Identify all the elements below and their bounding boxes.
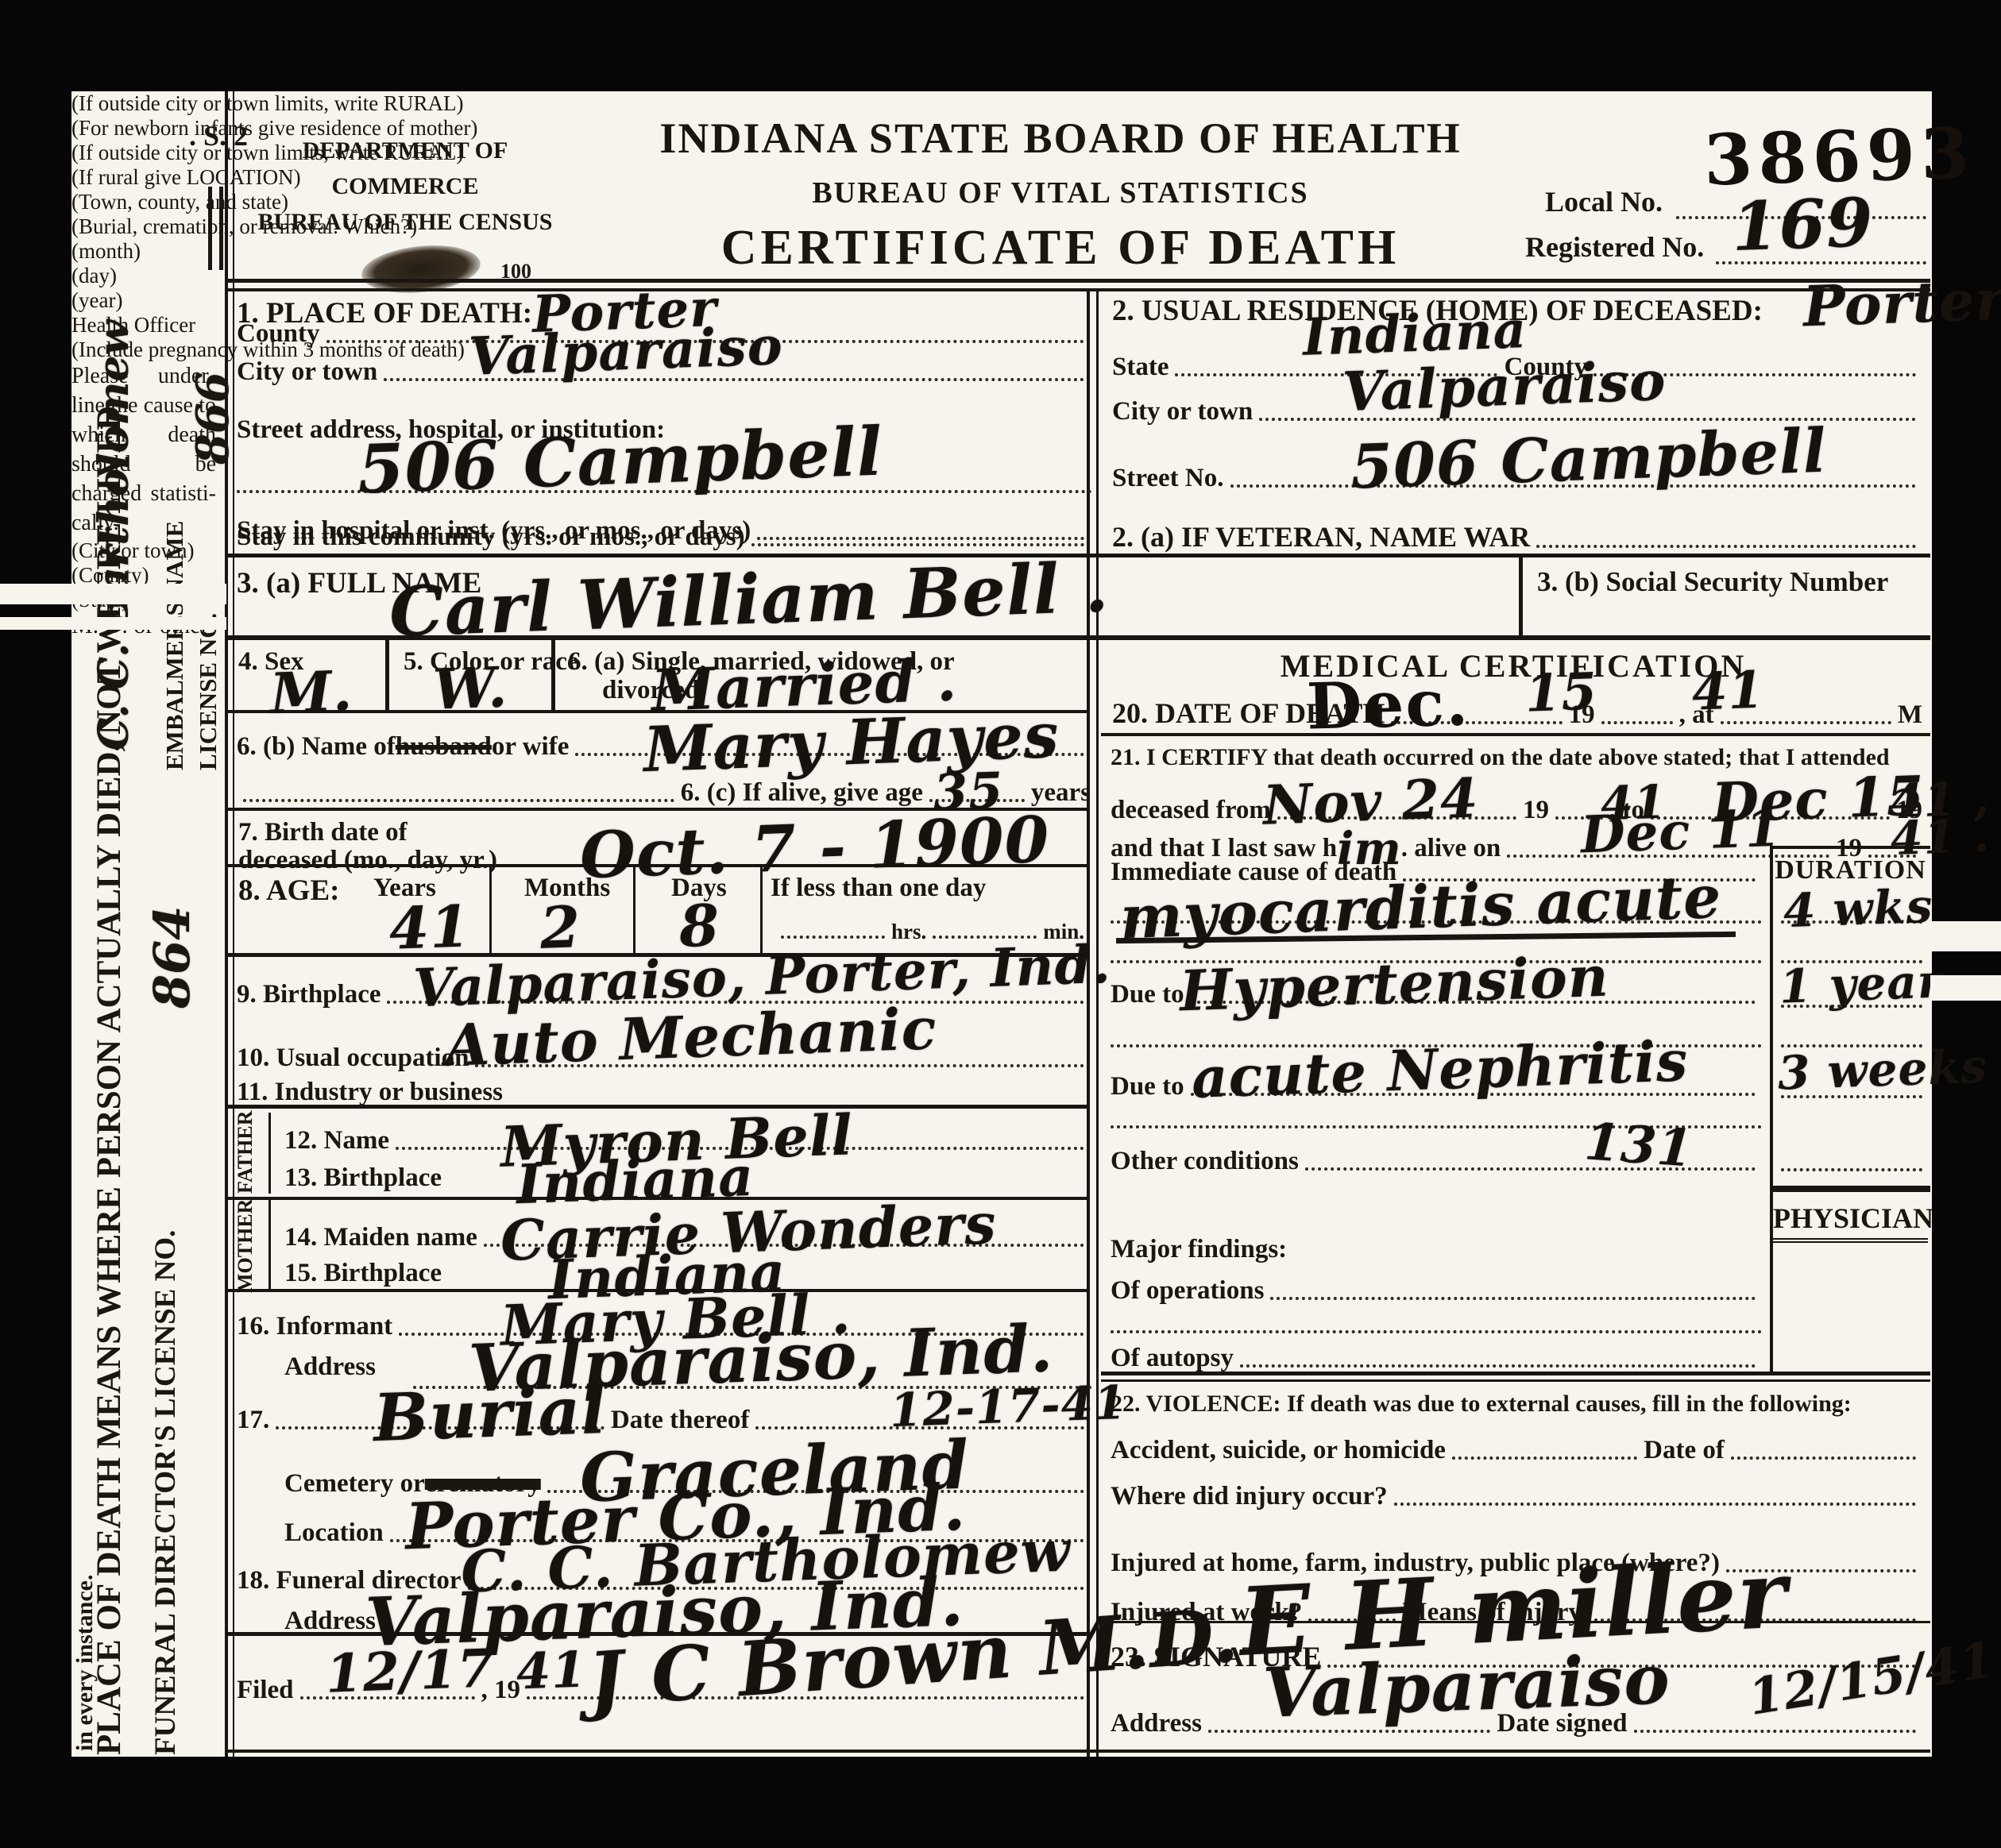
last-saw-year: 41 . [1890,808,1991,866]
duration-column-divider [1770,846,1773,1372]
age-years-value: 41 [388,892,472,963]
signature-address-label: Address [1111,1709,1202,1738]
registered-number-value: 169 [1730,183,1875,266]
father-bracket [268,1113,271,1194]
informant-address-label: Address [284,1352,376,1382]
violence-title: 22. VIOLENCE: If death was due to extern… [1111,1391,1852,1418]
mother-name-label: 14. Maiden name [284,1223,477,1252]
physician-title: PHYSICIAN [1773,1202,1928,1243]
dotted-line [1452,1455,1637,1460]
dod-month-value: Dec. [1306,665,1470,743]
sex-value: M. [269,658,354,727]
mother-bracket [268,1200,271,1289]
pod-stay-community-label: Stay in this community (yrs. or mos., or… [237,523,745,552]
header-rule [226,288,1930,291]
scan-stripe [1930,975,2001,1001]
dotted-line [243,797,674,802]
due-to-1-duration: 1 year [1779,954,1944,1013]
margin-funeral-license-value: 864 [148,850,197,1009]
dod-day-value: 15 [1524,662,1599,723]
res-veteran-row: 2. (a) IF VETERAN, NAME WAR [1112,519,1922,554]
medical-certification-title: MEDICAL CERTIFICATION [1104,647,1922,685]
res-veteran-label: 2. (a) IF VETERAN, NAME WAR [1112,520,1530,554]
section-rule [1101,1372,1930,1375]
form-left-border [225,91,228,1757]
signature-address-value: Valparaiso [1261,1639,1671,1734]
scan-mark [219,187,223,270]
due-to-1-label: Due to [1111,980,1184,1009]
father-name-label: 12. Name [284,1126,389,1155]
date-of-label: Date of [1644,1436,1725,1465]
dod-year-value: 41 [1691,660,1766,722]
dotted-line [1111,1329,1762,1333]
res-city-value: Valparaiso [1342,349,1667,424]
accident-label: Accident, suicide, or homicide [1111,1436,1446,1465]
physician-box-top [1770,1186,1930,1192]
margin-funeral-license-label: FUNERAL DIRECTOR'S LICENSE NO. [151,1017,180,1755]
due-to-1-value: Hypertension [1179,943,1610,1024]
ssn-cell-divider [1519,554,1523,635]
cell-divider [385,640,389,710]
dept-line1: DEPARTMENT OF COMMERCE [303,137,508,199]
operations-row: Of operations [1111,1271,1762,1306]
spouse-label-struck: husband [396,732,492,762]
autopsy-row: Of autopsy [1111,1338,1762,1373]
bureau-subtitle: BUREAU OF VITAL STATISTICS [620,176,1501,210]
pod-county-label: County [237,319,320,349]
due-to-2-label: Due to [1111,1072,1184,1101]
mother-birthplace-label: 15. Birthplace [284,1259,442,1288]
filed-date-value: 12/17 [325,1637,496,1704]
dod-m-label: M [1898,700,1922,730]
burial-location-label: Location [284,1518,384,1548]
cause-duration-value: 4 wks [1783,879,1934,939]
operations-label: Of operations [1111,1276,1264,1306]
res-street-label: Street No. [1112,464,1224,493]
due-to-2-duration: 3 weeks [1777,1039,1988,1100]
birthdate-label-line2: deceased (mo., day, yr.) [238,846,497,875]
dotted-line [1240,1363,1756,1368]
section-rule [1101,1379,1930,1382]
spouse-label-pre: 6. (b) Name of [237,732,396,762]
from-19: 19 [1523,796,1549,825]
date-of-death-row: 20. DATE OF DEATH19, atM [1112,695,1922,730]
certify-statement: 21. I CERTIFY that death occurred on the… [1111,744,1890,771]
bottom-rule [226,1750,1930,1753]
filed-year-value: 41 [516,1640,588,1700]
cell-divider [551,640,555,710]
pod-city-label: City or town [237,357,377,387]
res-county-value: Porter [1802,267,2001,340]
father-side-tab: FATHER [235,1114,256,1194]
header-rule [226,279,1930,283]
major-findings-label: Major findings: [1111,1235,1287,1264]
last-saw-value: Dec 11 [1580,799,1783,866]
burial-num: 17. [237,1406,269,1435]
form-code: . S. 2 [189,119,248,152]
pod-stay-community: Stay in this community (yrs. or mos., or… [237,517,1091,552]
dotted-line [1781,1167,1922,1171]
filed-label: Filed [237,1676,294,1705]
dotted-line [751,542,1084,546]
scan-mark [208,187,212,270]
dotted-line [781,934,885,939]
informant-label: 16. Informant [237,1312,392,1341]
pod-city-value: Valparaiso [468,314,784,388]
scan-stripe [1930,921,2001,951]
dept-line2: BUREAU OF THE CENSUS [258,209,553,235]
res-state-label: State [1112,353,1169,382]
burial-date-label: Date thereof [611,1406,749,1435]
dotted-line [1270,1295,1756,1300]
registered-number-label: Registered No. [1525,230,1704,264]
burial-type-value: Burial [372,1372,608,1456]
department-heading: DEPARTMENT OF COMMERCE BUREAU OF THE CEN… [242,133,568,240]
dotted-line [1536,543,1916,548]
attended-from-label: deceased from [1111,796,1271,825]
cell-divider [489,866,492,953]
certificate-title: CERTIFICATE OF DEATH [620,220,1501,276]
certificate-paper: in every instance. PLACE OF DEATH MEANS … [71,91,1932,1757]
form-left-border-inner [233,91,234,1757]
res-city-label: City or town [1112,397,1253,426]
dotted-line [1394,1501,1916,1506]
board-title: INDIANA STATE BOARD OF HEALTH [620,114,1501,163]
other-conditions-label: Other conditions [1111,1147,1299,1176]
occupation-label: 10. Usual occupation [237,1044,469,1073]
margin-embalmer-signature: C. C. Bartholomew [94,139,135,750]
pod-city-note: (If outside city or town limits, write R… [71,91,1932,116]
mother-side-tab: MOTHER [235,1202,256,1293]
father-birthplace-label: 13. Birthplace [284,1163,442,1193]
where-injury-row: Where did injury occur? [1111,1476,1922,1511]
spouse-label-post: or wife [492,732,569,762]
birthplace-label: 9. Birthplace [237,980,380,1009]
where-injury-label: Where did injury occur? [1111,1482,1388,1511]
birthdate-label-line1: 7. Birth date of [238,818,408,847]
scan-stripe [0,617,226,630]
dotted-line [1601,720,1673,724]
industry-label: 11. Industry or business [237,1078,503,1107]
dotted-line [1731,1455,1916,1460]
race-value: W. [432,654,509,722]
local-number-label: Local No. [1545,185,1663,218]
other-conditions-value: 131 [1583,1112,1695,1179]
ssn-label: 3. (b) Social Security Number [1537,566,1888,598]
dotted-line [1634,1728,1917,1733]
column-divider-inner [1096,288,1099,1757]
scanned-death-certificate: in every instance. PLACE OF DEATH MEANS … [0,0,2001,1848]
margin-embalmer-label: EMBALMER'S NAME [162,365,187,770]
scan-stripe [0,584,226,604]
autopsy-label: Of autopsy [1111,1344,1234,1373]
accident-row: Accident, suicide, or homicideDate of [1111,1430,1922,1465]
age-label: 8. AGE: [238,874,339,908]
row-rule [1101,733,1930,736]
attended-from-value: Nov 24 [1262,766,1480,837]
margin-license-value: 866 [191,349,235,465]
